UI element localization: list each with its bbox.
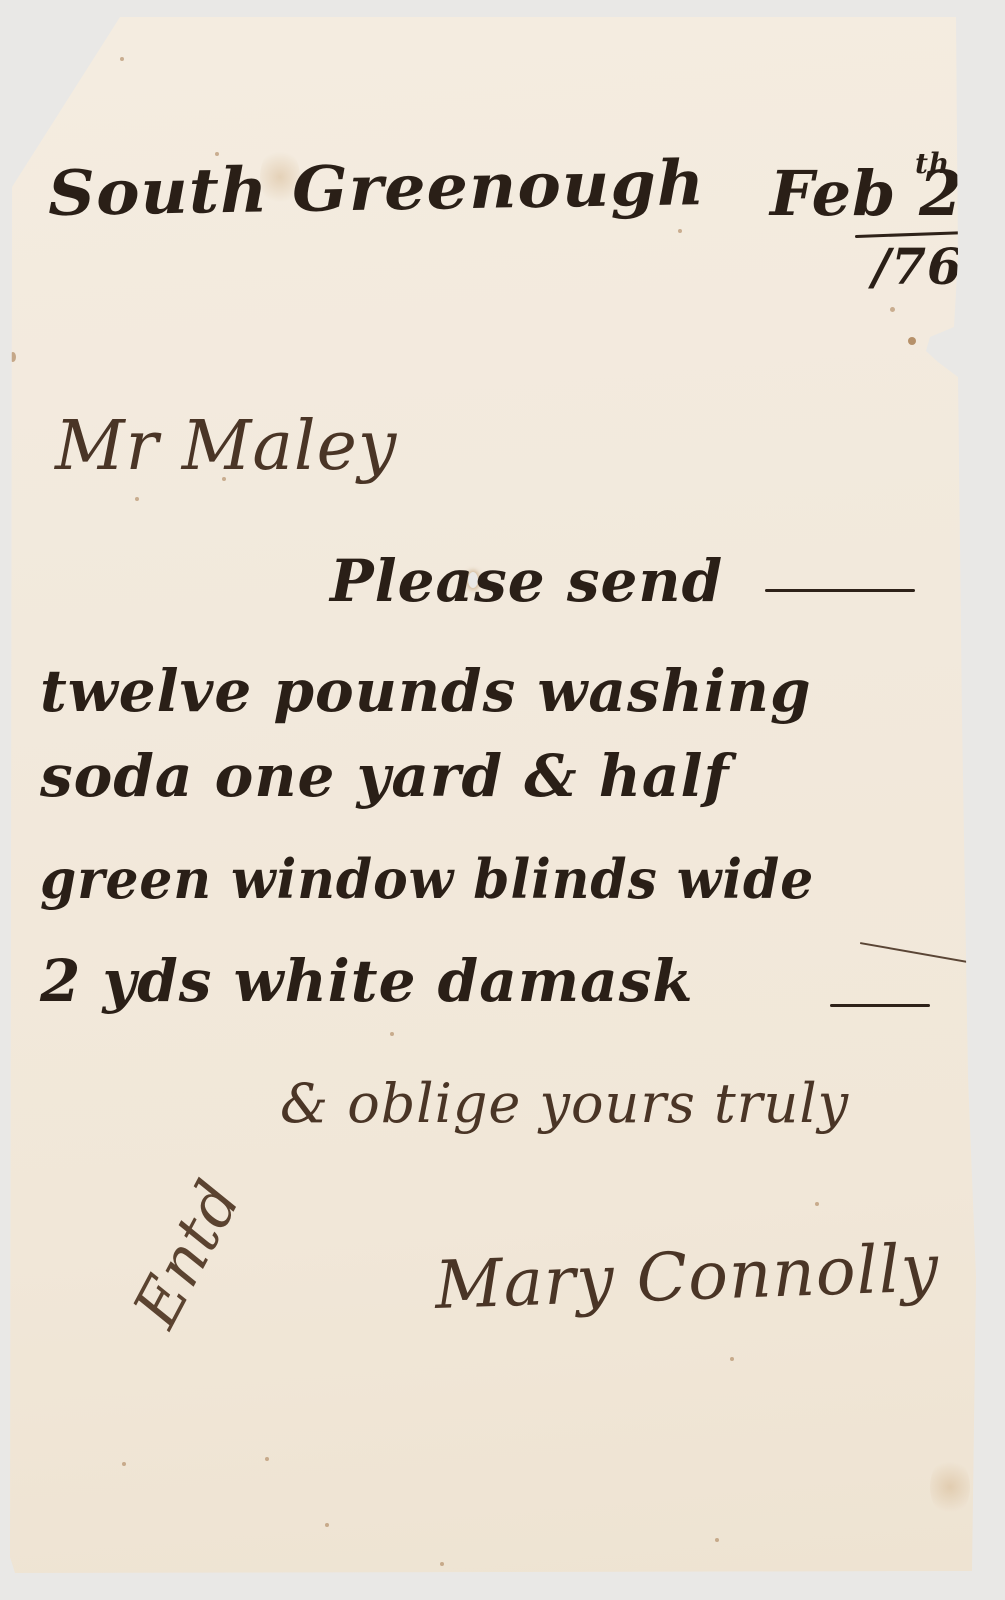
stain [930,1457,970,1517]
foxing-spot [908,337,916,345]
header-date: Feb 28 [770,157,1005,230]
foxing-spot [120,57,124,61]
foxing-spot [890,307,895,312]
foxing-spot [265,1457,269,1461]
foxing-spot [122,1462,126,1466]
header-date-suffix: th [915,147,950,180]
foxing-spot [325,1523,329,1527]
foxing-spot [815,1202,819,1206]
foxing-spot [715,1538,719,1542]
signature: Mary Connolly [434,1229,941,1324]
wide-underline [860,942,974,964]
header-year-prefix: / [872,237,891,296]
header-place: South Greenough [47,146,705,230]
body-line-5: 2 yds white damask [40,947,694,1015]
body-line-1: Please send [330,547,723,615]
flourish-line [830,1004,930,1007]
header-year-value: 76 [891,237,963,296]
salutation: Mr Maley [55,407,397,486]
header-year: /76 [872,237,963,296]
body-line-2: twelve pounds washing [40,657,812,725]
flourish-line [765,589,915,592]
foxing-spot [730,1357,734,1361]
foxing-spot [440,1562,444,1566]
foxing-spot [10,352,16,362]
body-line-4: green window blinds wide [40,847,814,911]
foxing-spot [390,1032,394,1036]
margin-note: Entd [119,1168,256,1338]
letter-paper: South Greenough Feb 28 th /76 Mr Maley P… [10,17,976,1573]
closing-text: & oblige yours truly [280,1072,849,1135]
body-line-3: soda one yard & half [40,742,730,810]
foxing-spot [135,497,139,501]
foxing-spot [678,229,682,233]
